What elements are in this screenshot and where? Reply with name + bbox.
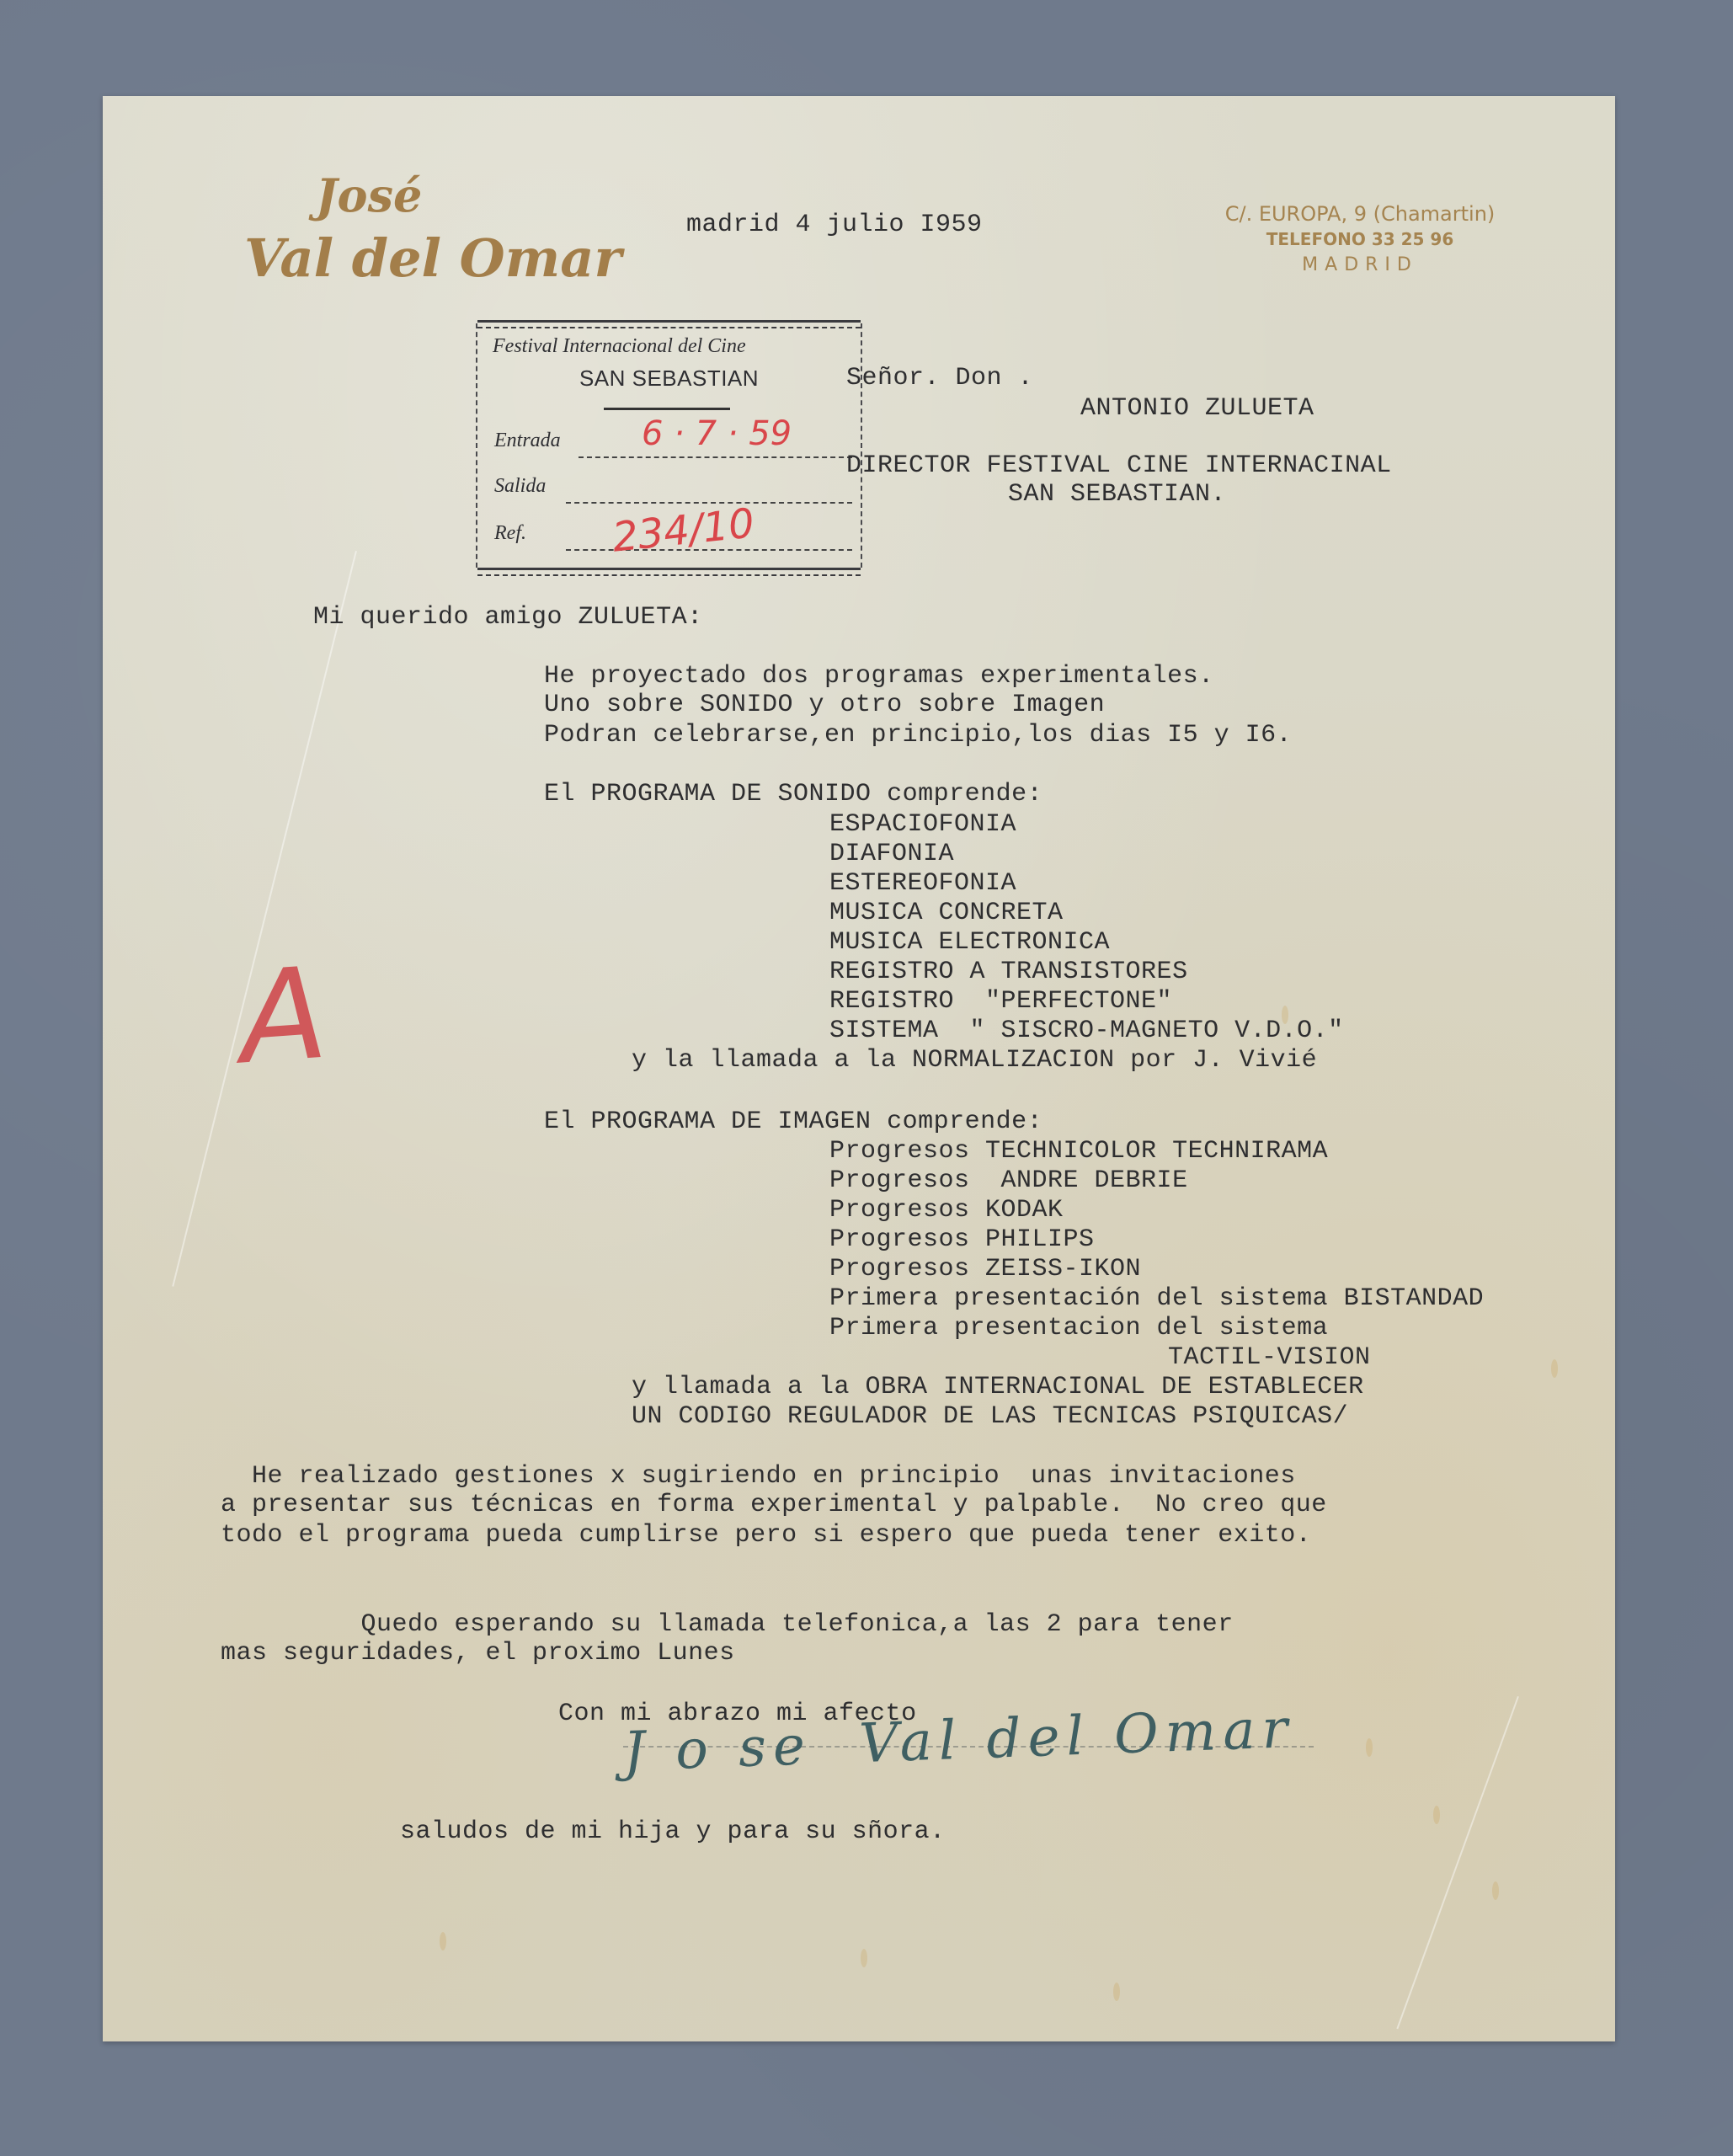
intro-line: He proyectado dos programas experimental… <box>544 662 1214 691</box>
letterhead-city: MADRID <box>1183 254 1537 275</box>
sound-program-item: REGISTRO "PERFECTONE" <box>829 987 1172 1017</box>
letterhead-address: C/. EUROPA, 9 (Chamartin) <box>1183 202 1537 226</box>
sound-program-item: REGISTRO A TRANSISTORES <box>829 958 1188 987</box>
image-program-item: Primera presentación del sistema BISTAND… <box>829 1284 1484 1314</box>
letterhead-phone: TELEFONO 33 25 96 <box>1183 229 1537 249</box>
sound-program-item: MUSICA CONCRETA <box>829 899 1064 928</box>
stamp-ref-label: Ref. <box>494 522 526 545</box>
image-program-item: Progresos PHILIPS <box>829 1225 1095 1255</box>
paper-crease <box>172 551 357 1287</box>
letter-date: madrid 4 julio I959 <box>686 211 983 240</box>
recipient-location: SAN SEBASTIAN. <box>1008 480 1226 510</box>
image-program-heading: El PROGRAMA DE IMAGEN comprende: <box>544 1107 1042 1137</box>
sound-program-item: MUSICA ELECTRONICA <box>829 928 1110 958</box>
body-paragraph-line: todo el programa pueda cumplirse pero si… <box>221 1521 1311 1550</box>
image-program-item-continuation: TACTIL-VISION <box>1168 1343 1371 1373</box>
sound-program-heading: El PROGRAMA DE SONIDO comprende: <box>544 780 1042 809</box>
stamp-salida-label: Salida <box>494 475 546 498</box>
red-pencil-annotation: A <box>235 941 332 1093</box>
sound-program-item: DIAFONIA <box>829 840 954 869</box>
body-paragraph-line: He realizado gestiones x sugiriendo en p… <box>221 1462 1296 1492</box>
image-program-closing: UN CODIGO REGULADOR DE LAS TECNICAS PSIQ… <box>632 1402 1348 1432</box>
letterhead-first-name: José <box>316 168 422 222</box>
salutation: Mi querido amigo ZULUETA: <box>313 603 703 632</box>
paper-crease <box>1396 1696 1519 2029</box>
image-program-item: Progresos ANDRE DEBRIE <box>829 1166 1188 1196</box>
sound-program-item: SISTEMA " SISCRO-MAGNETO V.D.O." <box>829 1017 1344 1046</box>
body-paragraph-line: a presentar sus técnicas en forma experi… <box>221 1491 1327 1520</box>
intro-line: Uno sobre SONIDO y otro sobre Imagen <box>544 691 1105 720</box>
recipient-title: DIRECTOR FESTIVAL CINE INTERNACINAL <box>846 451 1392 481</box>
registry-stamp: Festival Internacional del Cine SAN SEBA… <box>476 323 862 568</box>
image-program-item: Progresos TECHNICOLOR TECHNIRAMA <box>829 1137 1328 1166</box>
stamp-ref-value: 234/10 <box>611 499 757 561</box>
image-program-item: Primera presentacion del sistema <box>829 1314 1328 1343</box>
recipient-name: ANTONIO ZULUETA <box>1080 394 1314 424</box>
image-program-closing: y llamada a la OBRA INTERNACIONAL DE EST… <box>632 1373 1364 1402</box>
sound-program-item: ESTEREOFONIA <box>829 869 1016 899</box>
letterhead-surname: Val del Omar <box>244 227 621 289</box>
body-paragraph-line: mas seguridades, el proximo Lunes <box>221 1639 735 1668</box>
stamp-entrada-value: 6 · 7 · 59 <box>642 414 792 453</box>
recipient-greeting: Señor. Don . <box>846 364 1033 393</box>
stamp-city: SAN SEBASTIAN <box>477 366 861 392</box>
intro-line: Podran celebrarse,en principio,los dias … <box>544 721 1292 750</box>
body-paragraph-line: Quedo esperando su llamada telefonica,a … <box>221 1610 1234 1640</box>
image-program-item: Progresos ZEISS-IKON <box>829 1255 1141 1284</box>
sound-program-closing: y la llamada a la NORMALIZACION por J. V… <box>632 1046 1317 1075</box>
stamp-festival-title: Festival Internacional del Cine <box>493 335 746 358</box>
stamp-entrada-label: Entrada <box>494 430 561 452</box>
image-program-item: Progresos KODAK <box>829 1196 1064 1225</box>
postscript: saludos de mi hija y para su sñora. <box>400 1817 946 1847</box>
sound-program-item: ESPACIOFONIA <box>829 810 1016 840</box>
